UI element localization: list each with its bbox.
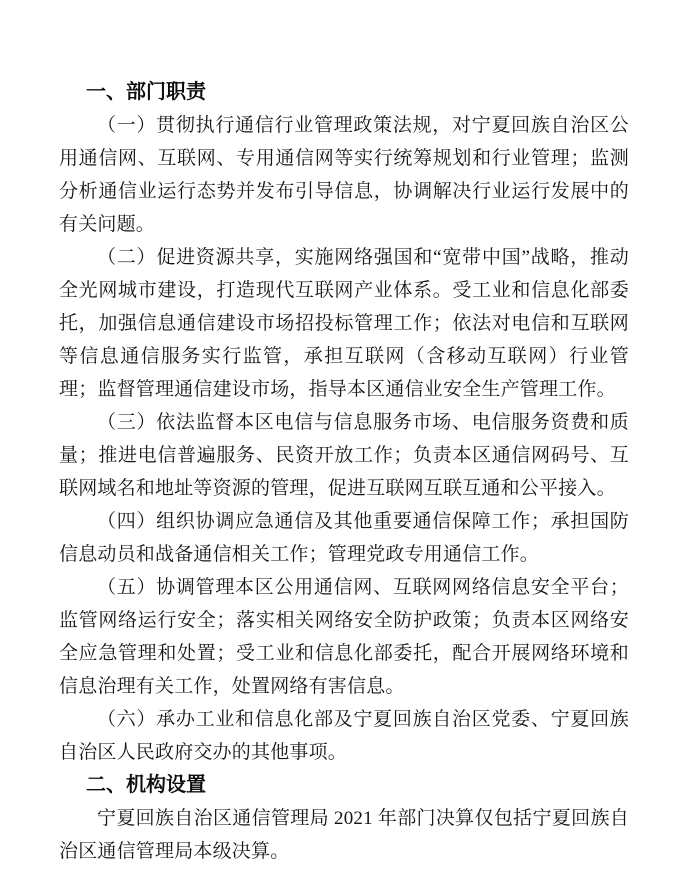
duty-paragraph-4: （四）组织协调应急通信及其他重要通信保障工作；承担国防信息动员和战备通信相关工作… — [59, 505, 629, 571]
duty-paragraph-6: （六）承办工业和信息化部及宁夏回族自治区党委、宁夏回族自治区人民政府交办的其他事… — [59, 703, 629, 769]
duty-paragraph-2: （二）促进资源共享，实施网络强国和“宽带中国”战略，推动全光网城市建设，打造现代… — [59, 241, 629, 406]
duty-paragraph-1: （一）贯彻执行通信行业管理政策法规，对宁夏回族自治区公用通信网、互联网、专用通信… — [59, 109, 629, 241]
duty-paragraph-5: （五）协调管理本区公用通信网、互联网网络信息安全平台；监管网络运行安全；落实相关… — [59, 571, 629, 703]
duty-paragraph-3: （三）依法监督本区电信与信息服务市场、电信服务资费和质量；推进电信普遍服务、民资… — [59, 406, 629, 505]
section-heading-organization-setup: 二、机构设置 — [59, 769, 629, 802]
document-page: 一、部门职责 （一）贯彻执行通信行业管理政策法规，对宁夏回族自治区公用通信网、互… — [0, 0, 688, 885]
organization-paragraph: 宁夏回族自治区通信管理局 2021 年部门决算仅包括宁夏回族自治区通信管理局本级… — [59, 802, 629, 868]
section-heading-department-duties: 一、部门职责 — [59, 76, 629, 109]
